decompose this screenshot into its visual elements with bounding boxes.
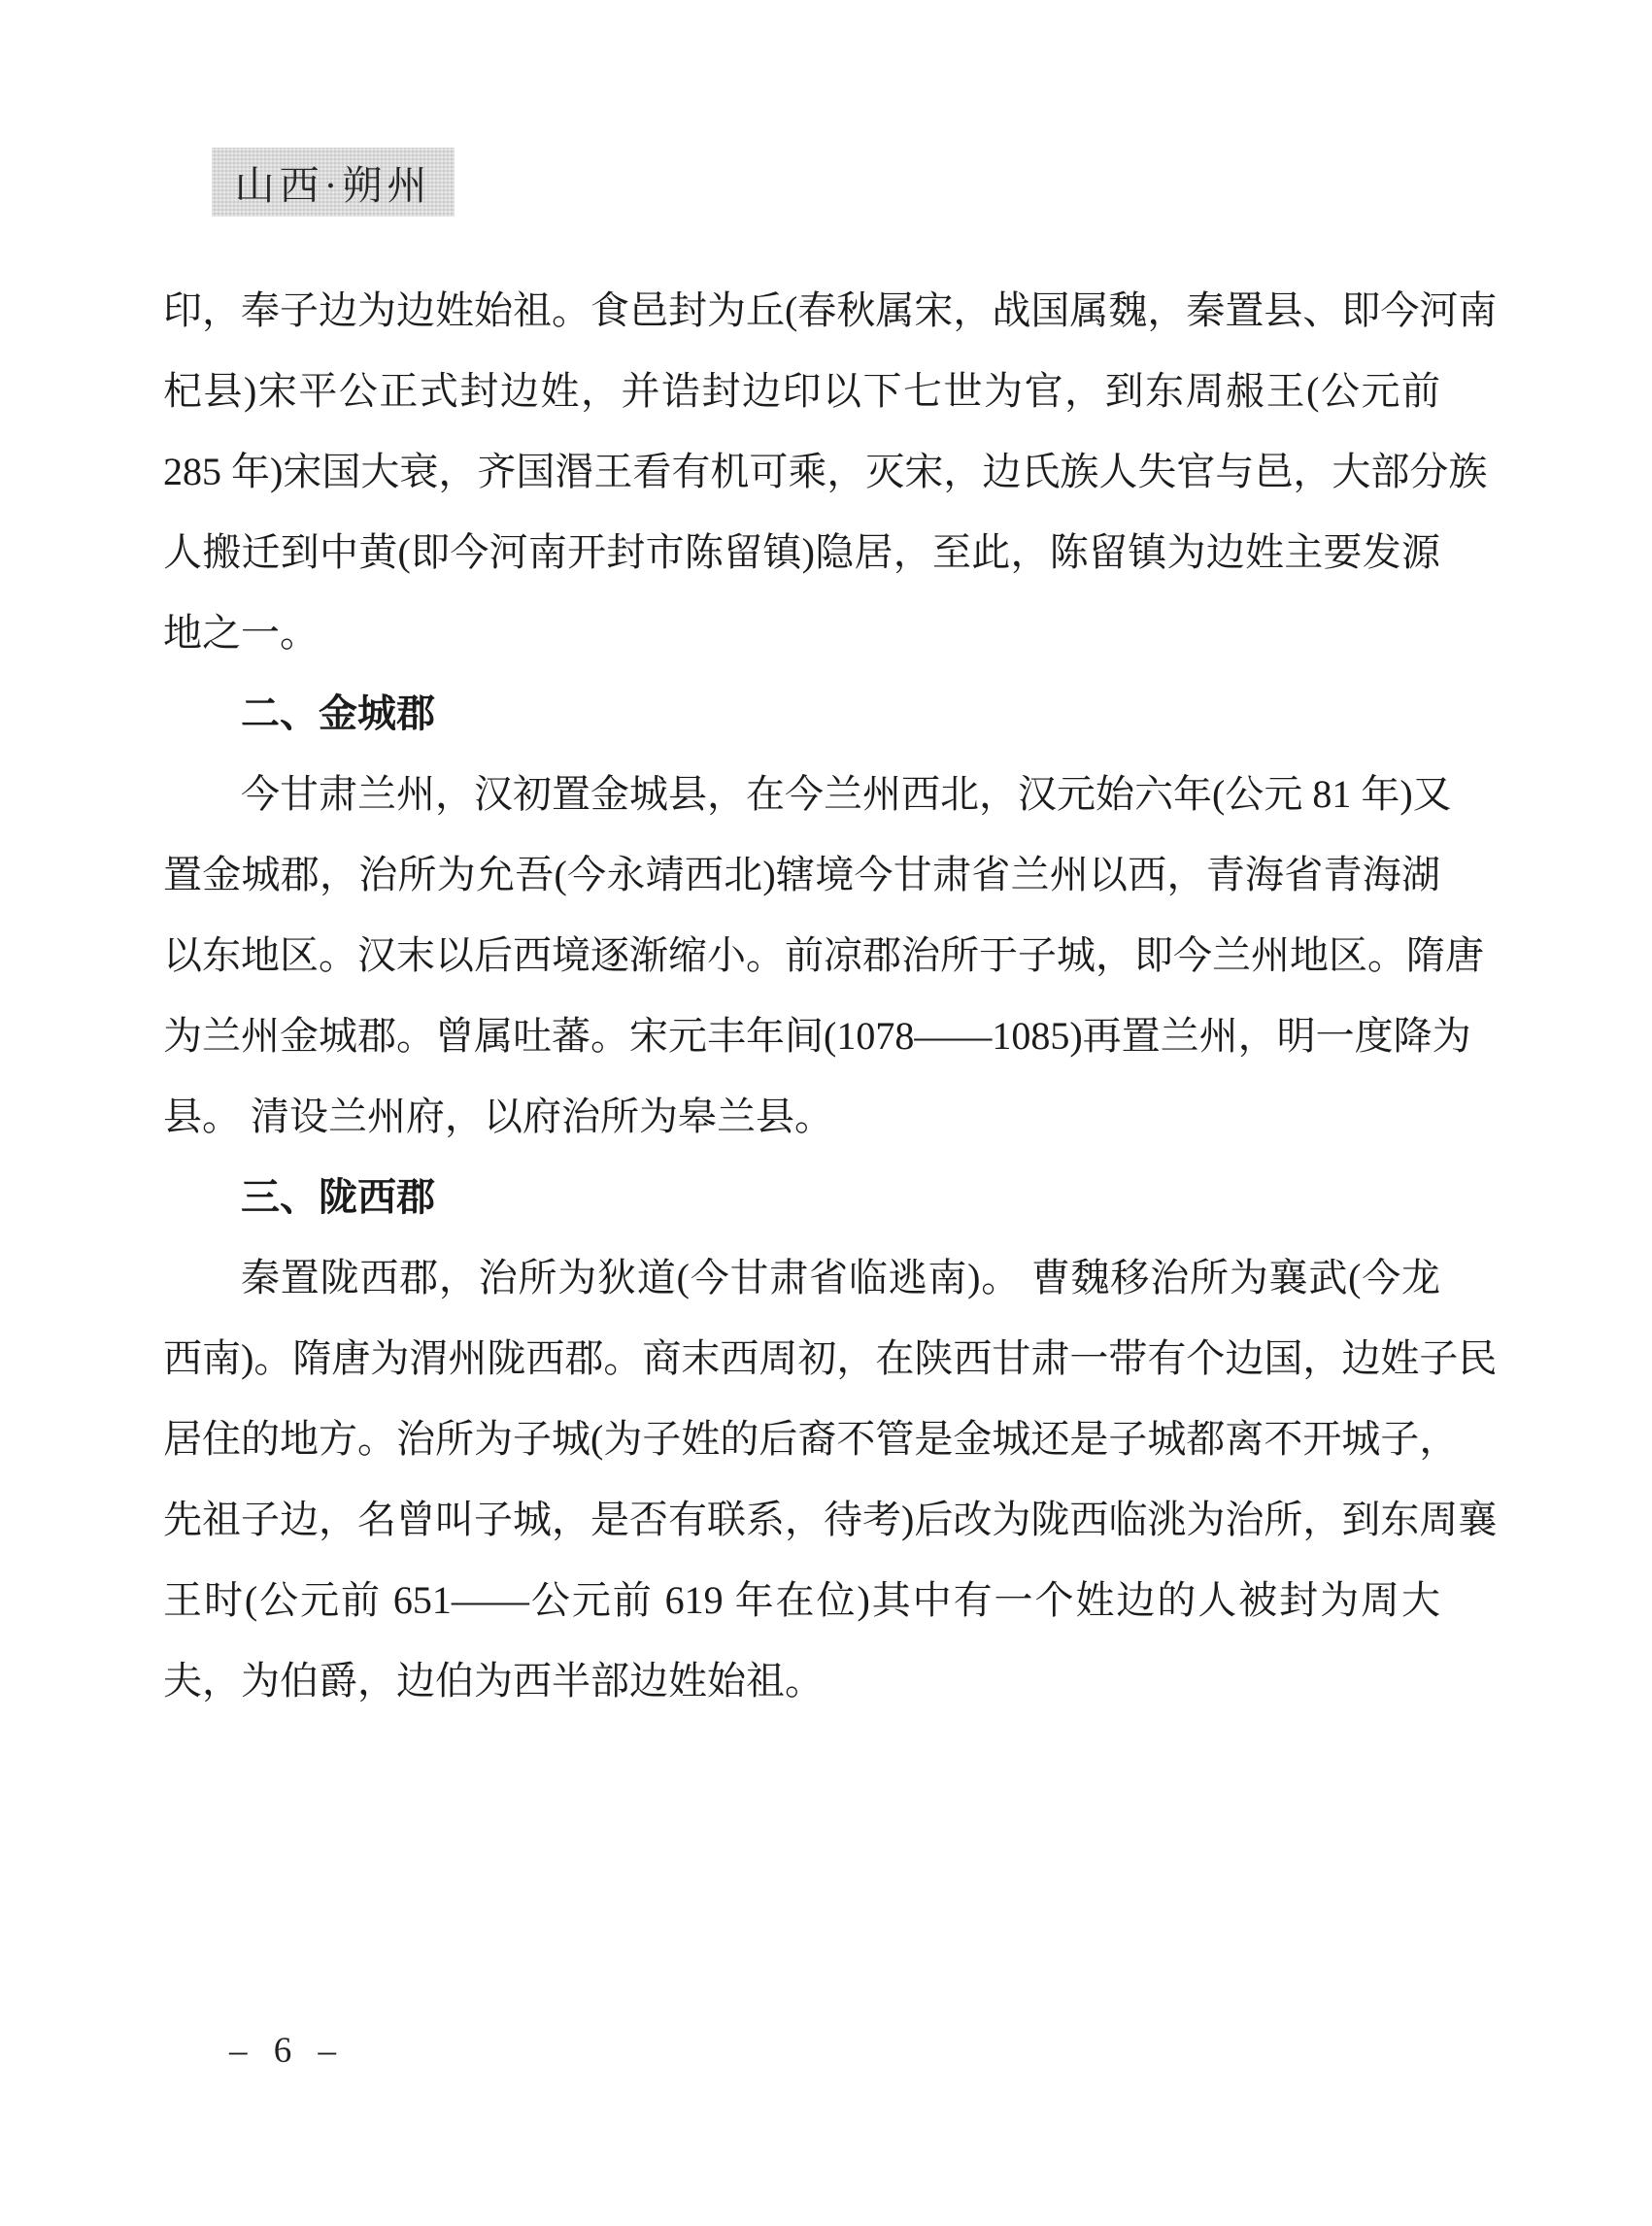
paragraph1-line: 地之一。 (163, 592, 1440, 673)
paragraph2-line: 县。 清设兰州府，以府治所为皋兰县。 (163, 1076, 1440, 1157)
paragraph2-line: 今甘肃兰州，汉初置金城县，在今兰州西北，汉元始六年(公元 81 年)又 (163, 754, 1440, 834)
paragraph1-line: 人搬迁到中黄(即今河南开封市陈留镇)隐居，至此，陈留镇为边姓主要发源 (163, 512, 1440, 592)
page-number: – 6 – (229, 2030, 345, 2072)
document-body: 印，奉子边为边姓始祖。食邑封为丘(春秋属宋，战国属魏，秦置县、即今河南 杞县)宋… (163, 270, 1440, 1721)
paragraph3-line: 秦置陇西郡，治所为狄道(今甘肃省临逃南)。 曹魏移治所为襄武(今龙 (163, 1237, 1440, 1318)
paragraph1-line: 285 年)宋国大衰，齐国湣王看有机可乘，灭宋，边氏族人失官与邑，大部分族 (163, 431, 1440, 512)
paragraph1-line: 杞县)宋平公正式封边姓，并诰封边印以下七世为官，到东周赧王(公元前 (163, 351, 1440, 431)
document-page: 山西·朔州 印，奉子边为边姓始祖。食邑封为丘(春秋属宋，战国属魏，秦置县、即今河… (0, 0, 1652, 2226)
paragraph2-line: 以东地区。汉末以后西境逐渐缩小。前凉郡治所于子城，即今兰州地区。隋唐 (163, 915, 1440, 995)
paragraph3-line: 居住的地方。治所为子城(为子姓的后裔不管是金城还是子城都离不开城子， (163, 1399, 1440, 1479)
section-heading-jincheng: 二、金城郡 (163, 673, 1440, 754)
paragraph1-line: 印，奉子边为边姓始祖。食邑封为丘(春秋属宋，战国属魏，秦置县、即今河南 (163, 270, 1440, 351)
paragraph3-line: 夫，为伯爵，边伯为西半部边姓始祖。 (163, 1640, 1440, 1721)
paragraph2-line: 置金城郡，治所为允吾(今永靖西北)辖境今甘肃省兰州以西，青海省青海湖 (163, 834, 1440, 915)
paragraph3-line: 西南)。隋唐为渭州陇西郡。商末西周初，在陕西甘肃一带有个边国，边姓子民 (163, 1318, 1440, 1399)
paragraph2-line: 为兰州金城郡。曾属吐蕃。宋元丰年间(1078——1085)再置兰州，明一度降为 (163, 995, 1440, 1076)
section-heading-longxi: 三、陇西郡 (163, 1157, 1440, 1237)
paragraph3-line: 王时(公元前 651——公元前 619 年在位)其中有一个姓边的人被封为周大 (163, 1560, 1440, 1640)
paragraph3-line: 先祖子边，名曾叫子城，是否有联系，待考)后改为陇西临洮为治所，到东周襄 (163, 1479, 1440, 1560)
header-region-text: 山西·朔州 (235, 153, 432, 211)
header-region-label: 山西·朔州 (212, 148, 455, 217)
